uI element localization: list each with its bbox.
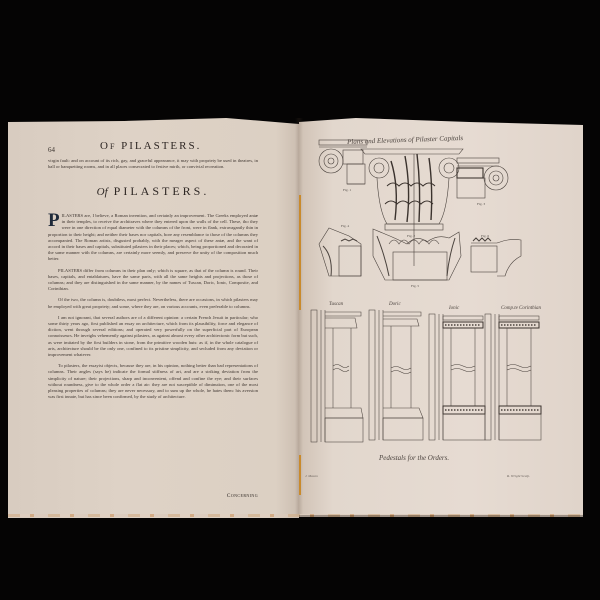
doric-pedestal-icon [369, 310, 423, 440]
page-edge-foxing [8, 514, 583, 517]
fig-label: Fig. 1 [343, 188, 351, 192]
fig-4-capital-plan-icon [319, 228, 361, 276]
paragraph: To pilasters, the essayist objects, beca… [48, 363, 258, 400]
credit-right: R. Wright Sculp. [507, 474, 530, 478]
fig-label: Fig. 2 [407, 234, 415, 238]
paragraph: PILASTERS are, I believe, a Roman invent… [48, 213, 258, 263]
engraved-plate: Plans and Elevations of Pilaster Capital… [299, 116, 583, 515]
fig-3-ionic-capital-icon [457, 158, 508, 198]
fig-2-corinthian-capital-icon [361, 149, 463, 266]
order-label-tuscan: Tuscan [329, 302, 343, 307]
page-number: 64 [48, 146, 55, 154]
continued-paragraph: virgin fault: and on account of its rich… [48, 158, 258, 170]
section-title-main: PILASTERS. [114, 184, 210, 198]
paragraph: Of the two, the column is, doubtless, mo… [48, 297, 258, 309]
composite-corinthian-pedestal-icon [485, 314, 541, 440]
section-title-of: Of [97, 186, 108, 198]
body-text: PILASTERS are, I believe, a Roman invent… [48, 213, 258, 400]
plate-caption: Pedestals for the Orders. [379, 454, 449, 462]
ionic-pedestal-icon [429, 314, 485, 440]
section-title: OfPILASTERS. [48, 184, 258, 199]
fig-label: Fig. 6 [481, 234, 489, 238]
drop-cap: P [48, 213, 60, 229]
left-page: 64 Of PILASTERS. virgin fault: and on ac… [8, 118, 299, 518]
fig-label: Fig. 4 [341, 224, 349, 228]
cover-edge [299, 455, 301, 495]
paragraph: PILASTERS differ from columns in their p… [48, 268, 258, 293]
order-label-composite: Comp.te Corinthian [501, 306, 541, 311]
fig-6-capital-plan-icon [471, 238, 521, 276]
running-title: Of PILASTERS. [100, 140, 201, 152]
credit-left: J. Mason [305, 474, 318, 478]
fig-1-ionic-capital-icon [319, 140, 367, 184]
continued-text: virgin fault: and on account of its rich… [48, 158, 258, 170]
open-book: 64 Of PILASTERS. virgin fault: and on ac… [0, 0, 600, 600]
cover-edge [299, 195, 301, 310]
paragraph: I am not ignorant, that several authors … [48, 315, 258, 358]
right-page: Plans and Elevations of Pilaster Capital… [299, 116, 583, 515]
catchword: Concerning [227, 493, 258, 499]
fig-label: Fig. 3 [477, 202, 485, 206]
pedestals-drawing [311, 310, 541, 442]
tuscan-pedestal-icon [311, 310, 363, 442]
fig-5-corinthian-plan-icon [373, 229, 461, 280]
running-head: 64 Of PILASTERS. [48, 140, 258, 154]
fig-label: Fig. 5 [411, 284, 419, 288]
order-label-doric: Doric [389, 302, 401, 307]
order-label-ionic: Ionic [449, 306, 459, 311]
